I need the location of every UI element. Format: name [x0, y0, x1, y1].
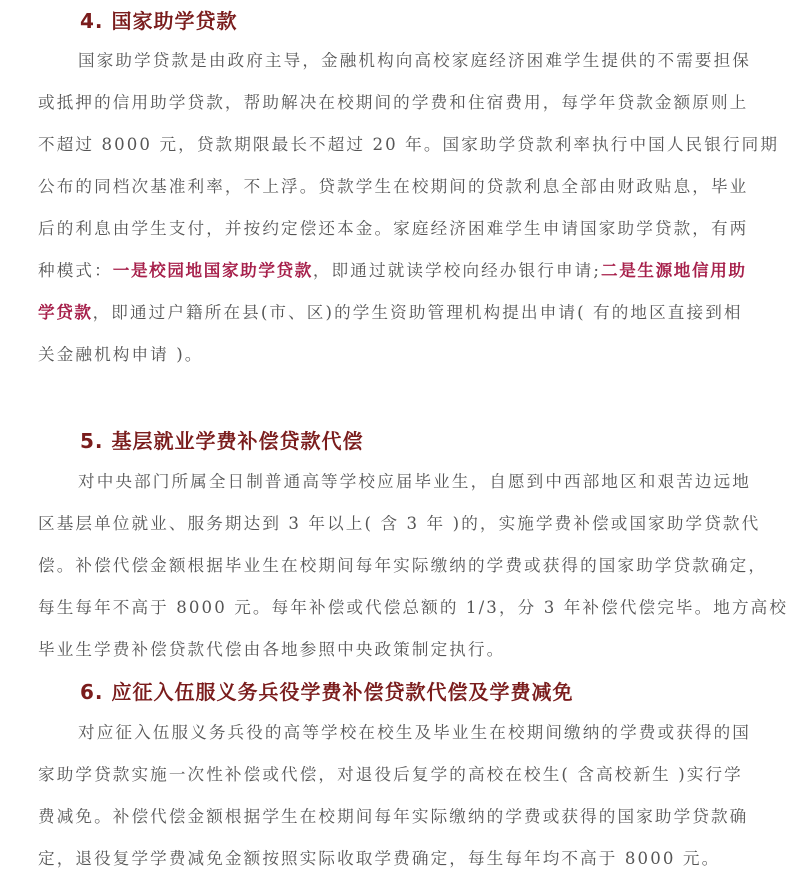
paragraph-line: 区基层单位就业、服务期达到 3 年以上( 含 3 年 )的，实施学费补偿或国家助… — [38, 503, 766, 545]
emphasis-origin-loan: 二是生源地信用助 — [601, 261, 747, 280]
section-6-paragraph: 对应征入伍服义务兵役的高等学校在校生及毕业生在校期间缴纳的学费或获得的国 家助学… — [38, 712, 766, 880]
line-text: ，即通过就读学校向经办银行申请; — [313, 261, 601, 280]
paragraph-line: 对应征入伍服义务兵役的高等学校在校生及毕业生在校期间缴纳的学费或获得的国 — [38, 712, 766, 754]
paragraph-line: 偿。补偿代偿金额根据毕业生在校期间每年实际缴纳的学费或获得的国家助学贷款确定， — [38, 545, 766, 587]
emphasis-campus-loan: 一是校园地国家助学贷款 — [113, 261, 313, 280]
paragraph-line: 后的利息由学生支付，并按约定偿还本金。家庭经济困难学生申请国家助学贷款，有两 — [38, 208, 766, 250]
paragraph-line: 不超过 8000 元，贷款期限最长不超过 20 年。国家助学贷款利率执行中国人民… — [38, 124, 766, 166]
paragraph-line: 种模式：一是校园地国家助学贷款，即通过就读学校向经办银行申请;二是生源地信用助 — [38, 250, 766, 292]
paragraph-line: 家助学贷款实施一次性补偿或代偿，对退役后复学的高校在校生( 含高校新生 )实行学 — [38, 754, 766, 796]
section-heading-6: 6. 应征入伍服义务兵役学费补偿贷款代偿及学费减免 — [80, 678, 573, 706]
paragraph-line: 学贷款，即通过户籍所在县(市、区)的学生资助管理机构提出申请( 有的地区直接到相 — [38, 292, 766, 334]
emphasis-origin-loan-cont: 学贷款 — [38, 303, 93, 322]
line-text: ，即通过户籍所在县(市、区)的学生资助管理机构提出申请( 有的地区直接到相 — [93, 303, 743, 322]
line-text: 种模式： — [38, 261, 113, 280]
paragraph-line: 或抵押的信用助学贷款，帮助解决在校期间的学费和住宿费用，每学年贷款金额原则上 — [38, 82, 766, 124]
paragraph-line: 对中央部门所属全日制普通高等学校应届毕业生，自愿到中西部地区和艰苦边远地 — [38, 461, 766, 503]
paragraph-line: 定，退役复学学费减免金额按照实际收取学费确定，每生每年均不高于 8000 元。 — [38, 838, 766, 880]
section-heading-5: 5. 基层就业学费补偿贷款代偿 — [80, 427, 363, 455]
section-5-paragraph: 对中央部门所属全日制普通高等学校应届毕业生，自愿到中西部地区和艰苦边远地 区基层… — [38, 461, 766, 671]
section-heading-4: 4. 国家助学贷款 — [80, 7, 237, 35]
paragraph-line: 国家助学贷款是由政府主导，金融机构向高校家庭经济困难学生提供的不需要担保 — [38, 40, 766, 82]
paragraph-line: 费减免。补偿代偿金额根据学生在校期间每年实际缴纳的学费或获得的国家助学贷款确 — [38, 796, 766, 838]
paragraph-line: 公布的同档次基准利率，不上浮。贷款学生在校期间的贷款利息全部由财政贴息，毕业 — [38, 166, 766, 208]
paragraph-line: 关金融机构申请 )。 — [38, 334, 766, 376]
paragraph-line: 每生每年不高于 8000 元。每年补偿或代偿总额的 1/3，分 3 年补偿代偿完… — [38, 587, 766, 629]
paragraph-line: 毕业生学费补偿贷款代偿由各地参照中央政策制定执行。 — [38, 629, 766, 671]
section-4-paragraph: 国家助学贷款是由政府主导，金融机构向高校家庭经济困难学生提供的不需要担保 或抵押… — [38, 40, 766, 376]
